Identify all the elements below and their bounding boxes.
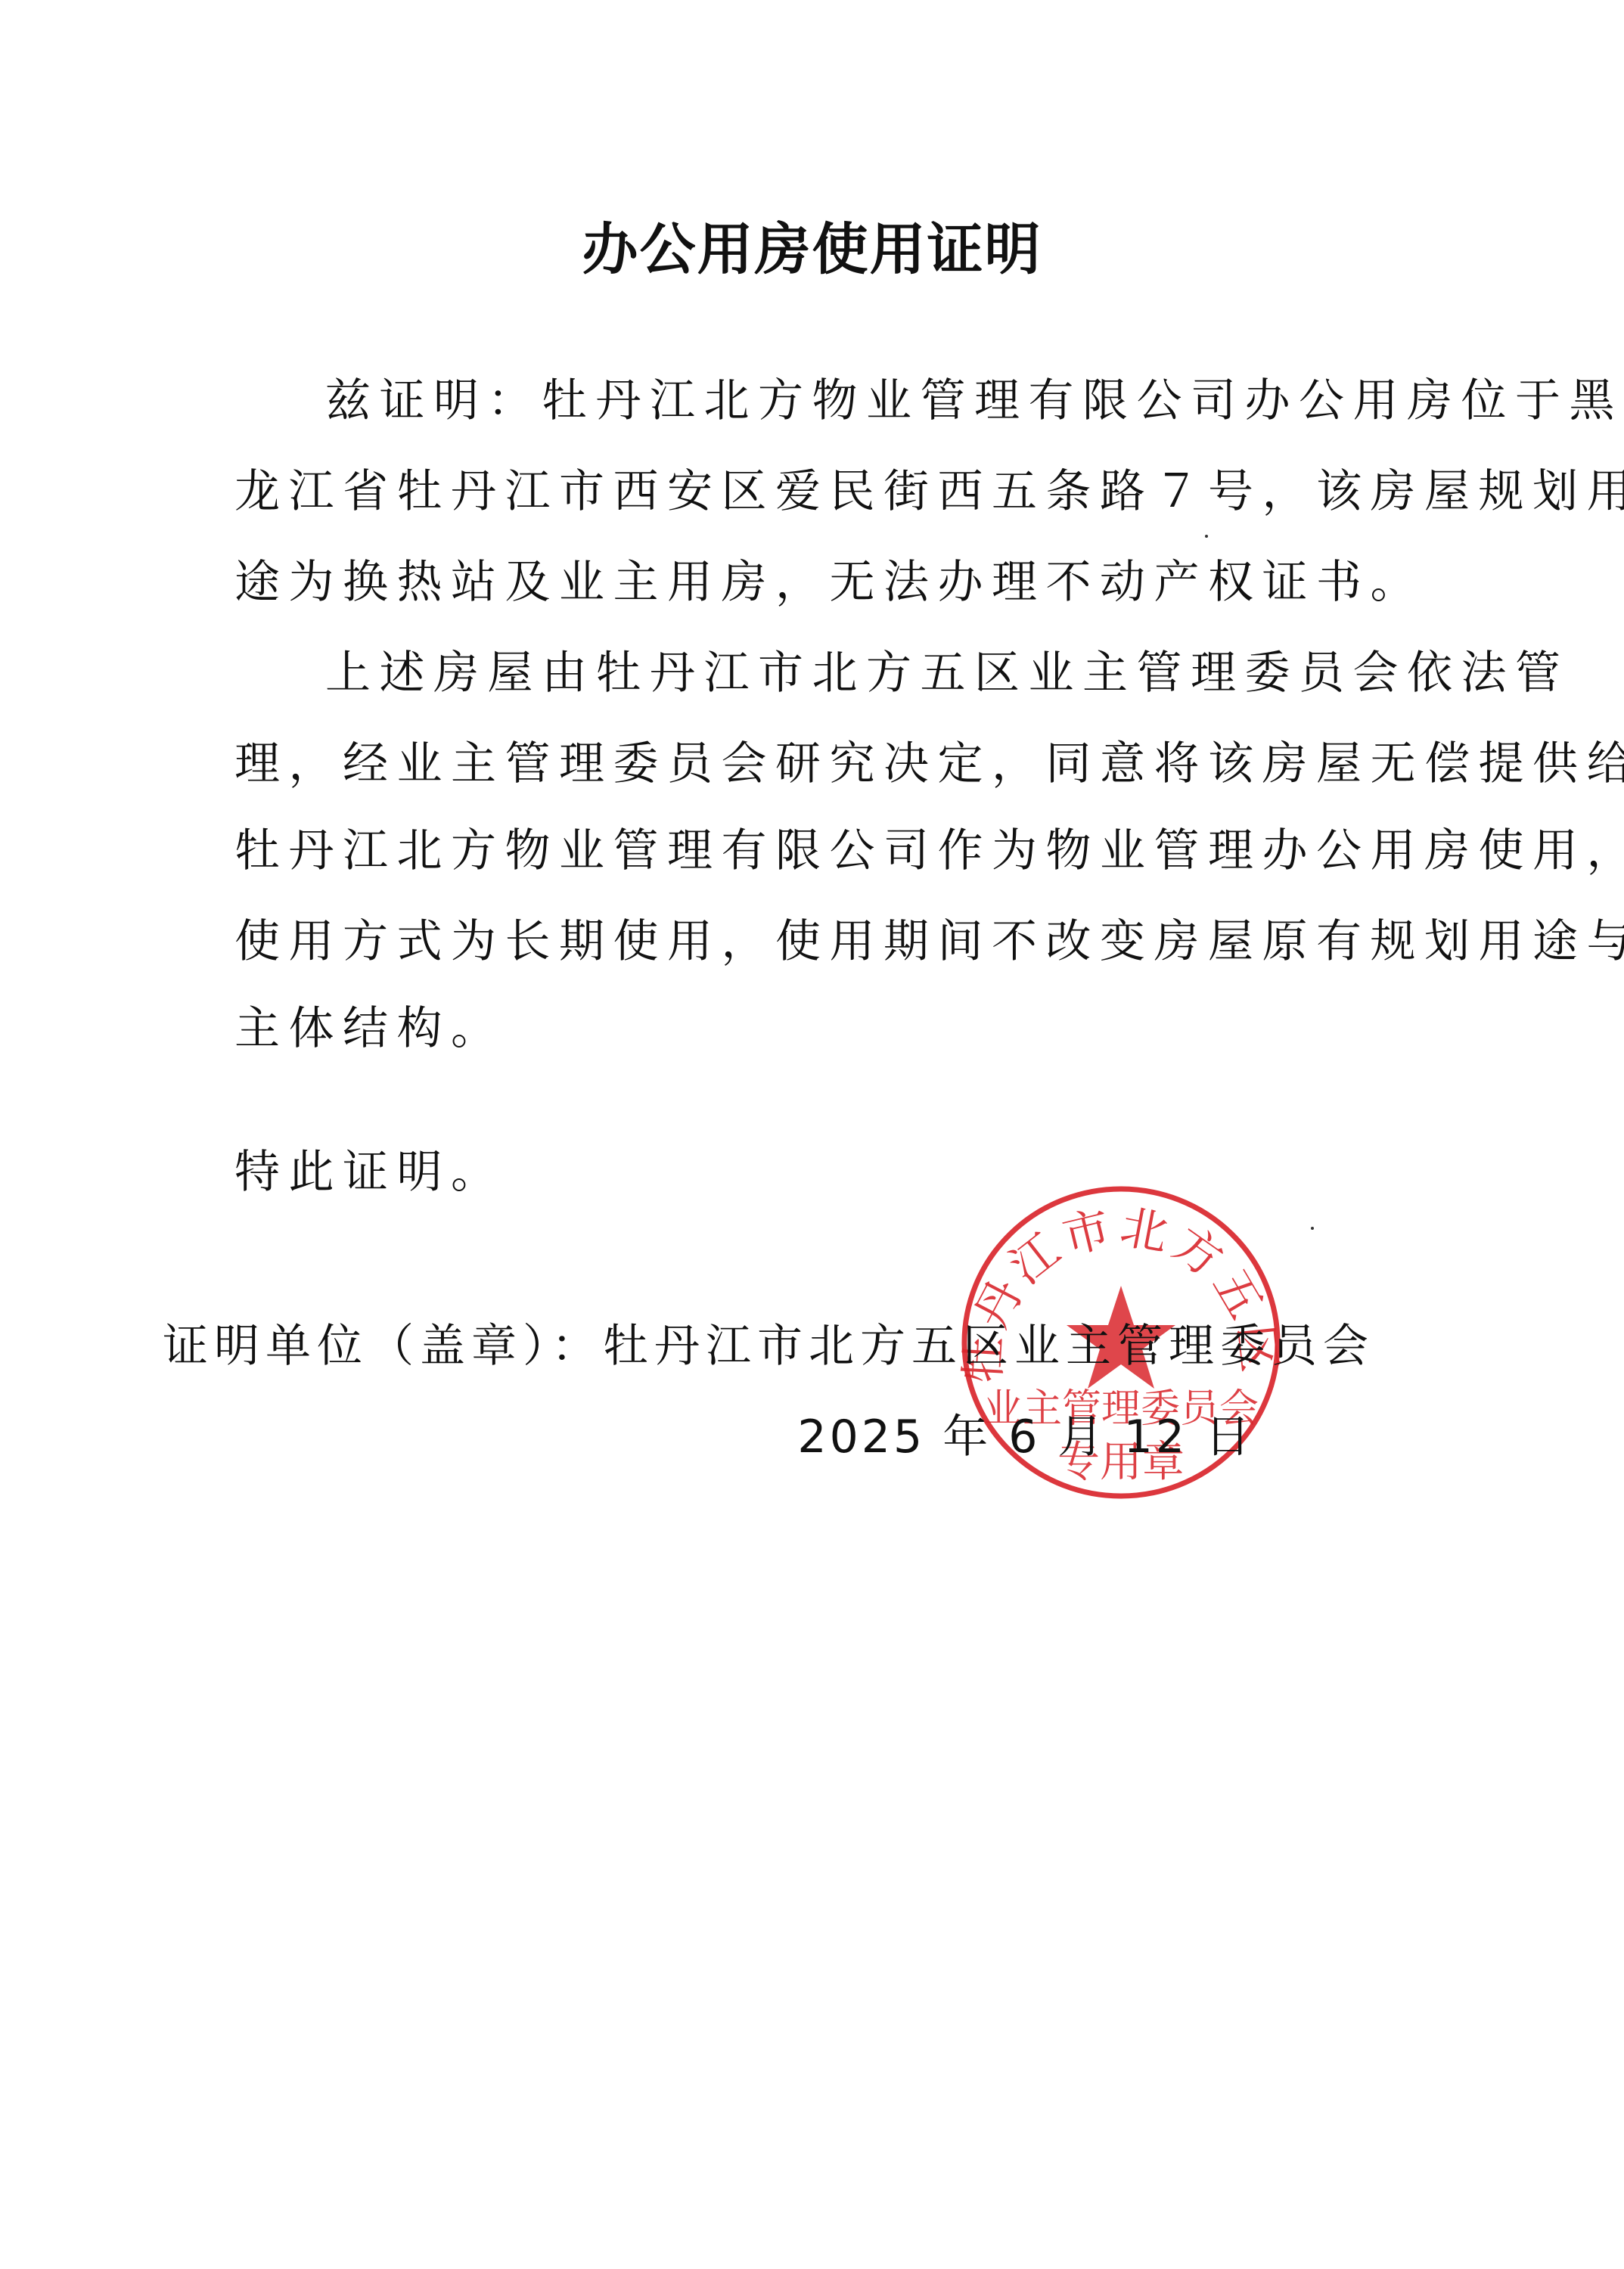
scan-speck (1311, 1227, 1314, 1230)
signature-line: 证明单位（盖章）：牡丹江市北方五区业主管理委员会 (163, 1316, 1374, 1377)
document-title: 办公用房使用证明 (0, 212, 1624, 287)
paragraph1-line2: 龙江省牡丹江市西安区爱民街西五条路７号，该房屋规划用 (234, 461, 1384, 522)
certificate-page: 办公用房使用证明 兹证明：牡丹江北方物业管理有限公司办公用房位于黑 龙江省牡丹江… (0, 0, 1624, 2269)
paragraph2-line1: 上述房屋由牡丹江市北方五区业主管理委员会依法管 (325, 643, 1384, 703)
paragraph2-line3: 牡丹江北方物业管理有限公司作为物业管理办公用房使用， (234, 821, 1384, 881)
scan-speck (1205, 535, 1208, 538)
paragraph1-line3: 途为换热站及业主用房，无法办理不动产权证书。 (234, 552, 1384, 613)
signature-date: 2025 年 6 月 12 日 (797, 1407, 1253, 1467)
paragraph2-line4: 使用方式为长期使用，使用期间不改变房屋原有规划用途与 (234, 911, 1384, 972)
paragraph1-line1: 兹证明：牡丹江北方物业管理有限公司办公用房位于黑 (325, 371, 1384, 431)
paragraph2-line2: 理，经业主管理委员会研究决定，同意将该房屋无偿提供给 (234, 734, 1384, 794)
paragraph2-line5: 主体结构。 (234, 998, 1384, 1059)
